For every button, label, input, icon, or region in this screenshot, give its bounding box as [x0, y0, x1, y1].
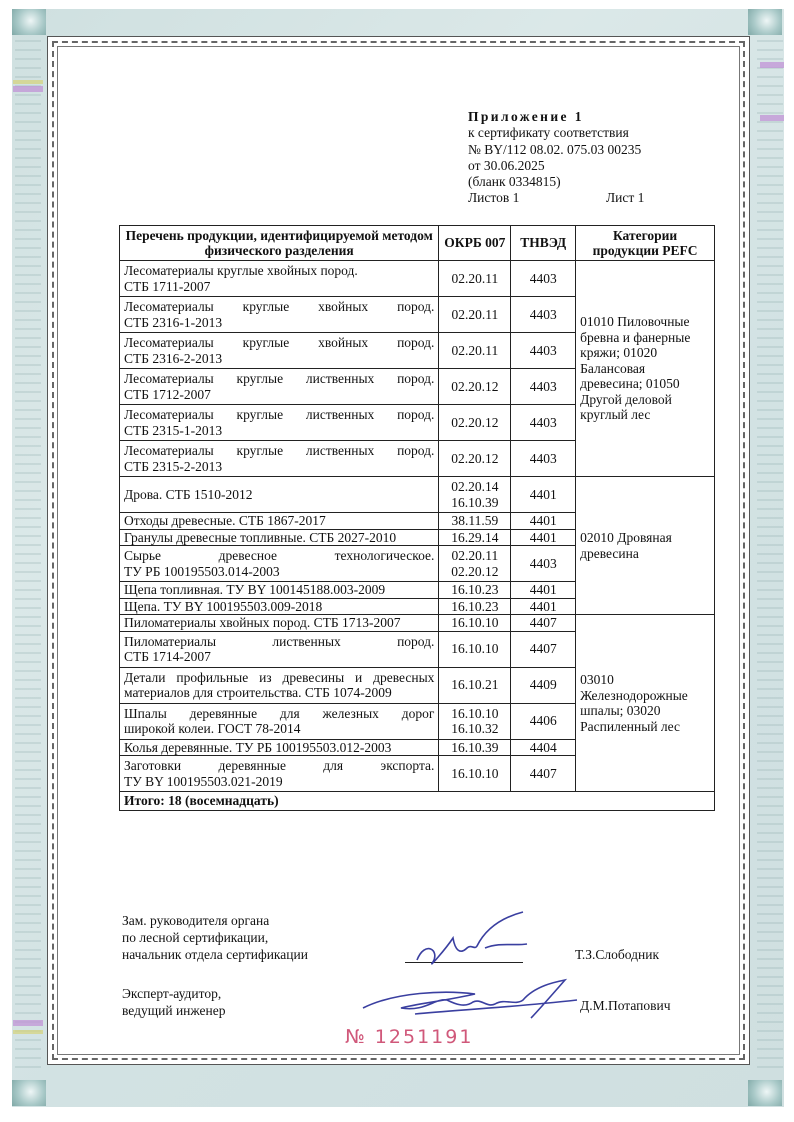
okrb-code: 02.20.12 — [439, 405, 511, 441]
security-pattern-right — [757, 40, 783, 1075]
okrb-code: 16.10.39 — [439, 739, 511, 756]
okrb-code: 16.10.10 — [439, 631, 511, 667]
product-name: Детали профильные из древесины и древесн… — [120, 667, 439, 703]
product-standard: СТБ 2316-1-2013 — [124, 315, 434, 331]
okrb-code: 02.20.12 — [439, 441, 511, 477]
okrb-code-line: 02.20.11 — [443, 548, 506, 564]
okrb-code: 16.10.10 — [439, 756, 511, 792]
product-name: Щепа. ТУ BY 100195503.009-2018 — [120, 598, 439, 615]
tnved-code: 4404 — [511, 739, 576, 756]
product-name-line1: Пиломатериалы лиственных пород. — [124, 634, 434, 650]
pefc-category: 02010 Дровяная древесина — [576, 477, 715, 615]
tnved-code: 4403 — [511, 333, 576, 369]
header-product-list: Перечень продукции, идентифицируемой мет… — [120, 226, 439, 261]
product-name: Шпалы деревянные для железных дорогширок… — [120, 703, 439, 739]
product-name: Гранулы древесные топливные. СТБ 2027-20… — [120, 529, 439, 546]
appendix-title: Приложение 1 — [468, 109, 644, 125]
corner-rosette-top-left — [12, 9, 46, 35]
okrb-code: 16.10.21 — [439, 667, 511, 703]
product-name: Лесоматериалы круглые хвойных пород.СТБ … — [120, 261, 439, 297]
table-row: Пиломатериалы хвойных пород. СТБ 1713-20… — [120, 615, 715, 632]
tnved-code: 4409 — [511, 667, 576, 703]
tnved-code: 4401 — [511, 513, 576, 530]
okrb-code: 16.10.23 — [439, 598, 511, 615]
sheets-total: Листов 1 — [468, 190, 606, 206]
product-standard: СТБ 2315-1-2013 — [124, 423, 434, 439]
product-name-line1: Лесоматериалы круглые хвойных пород. — [124, 335, 434, 351]
product-name-line1: Лесоматериалы круглые лиственных пород. — [124, 443, 434, 459]
position-line: ведущий инженер — [122, 1002, 226, 1019]
blank-number: (бланк 0334815) — [468, 174, 644, 190]
okrb-code: 02.20.11 — [439, 261, 511, 297]
tnved-code: 4401 — [511, 598, 576, 615]
okrb-code: 16.10.10 — [439, 615, 511, 632]
okrb-code-line: 16.10.39 — [443, 495, 506, 511]
tnved-code: 4407 — [511, 615, 576, 632]
okrb-code: 02.20.11 — [439, 333, 511, 369]
appendix-header: Приложение 1 к сертификату соответствия … — [468, 109, 644, 207]
table-total-row: Итого: 18 (восемнадцать) — [120, 792, 715, 811]
okrb-code: 02.20.11 — [439, 297, 511, 333]
tnved-code: 4403 — [511, 261, 576, 297]
product-standard: широкой колеи. ГОСТ 78-2014 — [124, 721, 434, 737]
header-pefc-category: Категории продукции PEFC — [576, 226, 715, 261]
product-standard: материалов для строительства. СТБ 1074-2… — [124, 685, 434, 701]
pefc-category: 03010 Железнодорожные шпалы; 03020 Распи… — [576, 615, 715, 792]
security-stripe — [13, 80, 43, 84]
product-standard: СТБ 1712-2007 — [124, 387, 434, 403]
tnved-code: 4403 — [511, 546, 576, 582]
product-name: Дрова. СТБ 1510-2012 — [120, 477, 439, 513]
tnved-code: 4401 — [511, 582, 576, 599]
position-line: Эксперт-аудитор, — [122, 985, 226, 1002]
product-standard: СТБ 1714-2007 — [124, 649, 434, 665]
product-name: Колья деревянные. ТУ РБ 100195503.012-20… — [120, 739, 439, 756]
tnved-code: 4403 — [511, 405, 576, 441]
okrb-code-line: 16.10.10 — [443, 706, 506, 722]
pefc-category: 01010 Пиловочные бревна и фанерные кряжи… — [576, 261, 715, 477]
product-standard: ТУ РБ 100195503.014-2003 — [124, 564, 434, 580]
tnved-code: 4407 — [511, 631, 576, 667]
tnved-code: 4401 — [511, 477, 576, 513]
tnved-code: 4403 — [511, 297, 576, 333]
position-line: по лесной сертификации, — [122, 929, 308, 946]
sheet-number: Лист 1 — [606, 190, 644, 206]
product-name: Лесоматериалы круглые хвойных пород.СТБ … — [120, 297, 439, 333]
product-name-line1: Лесоматериалы круглые хвойных пород. — [124, 263, 434, 279]
security-stripe — [760, 115, 784, 121]
tnved-code: 4406 — [511, 703, 576, 739]
total-count: Итого: 18 (восемнадцать) — [120, 792, 715, 811]
product-name-line1: Лесоматериалы круглые лиственных пород. — [124, 407, 434, 423]
signatory-1-name: Т.З.Слободник — [575, 946, 659, 963]
signatory-2-name: Д.М.Потапович — [580, 997, 671, 1014]
signature-2-icon — [355, 978, 585, 1026]
okrb-code: 16.29.14 — [439, 529, 511, 546]
product-name-line1: Шпалы деревянные для железных дорог — [124, 706, 434, 722]
table-header-row: Перечень продукции, идентифицируемой мет… — [120, 226, 715, 261]
signature-1-icon — [405, 910, 535, 968]
okrb-code: 16.10.23 — [439, 582, 511, 599]
corner-rosette-bottom-left — [12, 1080, 46, 1106]
signatory-2-position: Эксперт-аудитор, ведущий инженер — [122, 985, 226, 1019]
product-standard: ТУ BY 100195503.021-2019 — [124, 774, 434, 790]
security-stripe — [760, 62, 784, 68]
product-name: Заготовки деревянные для экспорта.ТУ BY … — [120, 756, 439, 792]
tnved-code: 4407 — [511, 756, 576, 792]
appendix-subtitle: к сертификату соответствия — [468, 125, 644, 141]
product-name-line1: Детали профильные из древесины и древесн… — [124, 670, 434, 686]
product-name: Отходы древесные. СТБ 1867-2017 — [120, 513, 439, 530]
blank-serial-number: № 1251191 — [345, 1026, 473, 1048]
position-line: Зам. руководителя органа — [122, 912, 308, 929]
product-name-line1: Сырье древесное технологическое. — [124, 548, 434, 564]
product-name: Пиломатериалы лиственных пород.СТБ 1714-… — [120, 631, 439, 667]
product-name-line1: Заготовки деревянные для экспорта. — [124, 758, 434, 774]
okrb-code: 02.20.12 — [439, 369, 511, 405]
product-name: Пиломатериалы хвойных пород. СТБ 1713-20… — [120, 615, 439, 632]
security-stripe — [13, 86, 43, 92]
table-row: Лесоматериалы круглые хвойных пород.СТБ … — [120, 261, 715, 297]
product-name: Лесоматериалы круглые лиственных пород.С… — [120, 441, 439, 477]
products-table: Перечень продукции, идентифицируемой мет… — [119, 225, 715, 811]
okrb-code: 38.11.59 — [439, 513, 511, 530]
product-name-line1: Лесоматериалы круглые хвойных пород. — [124, 299, 434, 315]
okrb-code-line: 02.20.14 — [443, 479, 506, 495]
security-stripe — [13, 1020, 43, 1026]
product-standard: СТБ 2315-2-2013 — [124, 459, 434, 475]
product-standard: СТБ 1711-2007 — [124, 279, 434, 295]
tnved-code: 4403 — [511, 369, 576, 405]
okrb-code-line: 16.10.32 — [443, 721, 506, 737]
product-name: Лесоматериалы круглые лиственных пород.С… — [120, 405, 439, 441]
okrb-code: 02.20.1102.20.12 — [439, 546, 511, 582]
corner-rosette-top-right — [748, 9, 782, 35]
sheet-info: Листов 1 Лист 1 — [468, 190, 644, 206]
product-name: Лесоматериалы круглые лиственных пород.С… — [120, 369, 439, 405]
product-name: Лесоматериалы круглые хвойных пород.СТБ … — [120, 333, 439, 369]
okrb-code: 02.20.1416.10.39 — [439, 477, 511, 513]
product-name-text: Лесоматериалы круглые хвойных пород. — [124, 263, 358, 279]
table-row: Дрова. СТБ 1510-2012 02.20.1416.10.39 44… — [120, 477, 715, 513]
header-tnved: ТНВЭД — [511, 226, 576, 261]
header-okrb: ОКРБ 007 — [439, 226, 511, 261]
tnved-code: 4403 — [511, 441, 576, 477]
corner-rosette-bottom-right — [748, 1080, 782, 1106]
product-name-line1: Лесоматериалы круглые лиственных пород. — [124, 371, 434, 387]
certificate-number: № BY/112 08.02. 075.03 00235 — [468, 142, 644, 158]
certificate-date: от 30.06.2025 — [468, 158, 644, 174]
product-name: Сырье древесное технологическое.ТУ РБ 10… — [120, 546, 439, 582]
security-stripe — [13, 1030, 43, 1034]
signatory-1-position: Зам. руководителя органа по лесной серти… — [122, 912, 308, 963]
position-line: начальник отдела сертификации — [122, 946, 308, 963]
product-standard: СТБ 2316-2-2013 — [124, 351, 434, 367]
okrb-code: 16.10.1016.10.32 — [439, 703, 511, 739]
security-pattern-left — [15, 40, 41, 1075]
product-name: Щепа топливная. ТУ BY 100145188.003-2009 — [120, 582, 439, 599]
tnved-code: 4401 — [511, 529, 576, 546]
okrb-code-line: 02.20.12 — [443, 564, 506, 580]
